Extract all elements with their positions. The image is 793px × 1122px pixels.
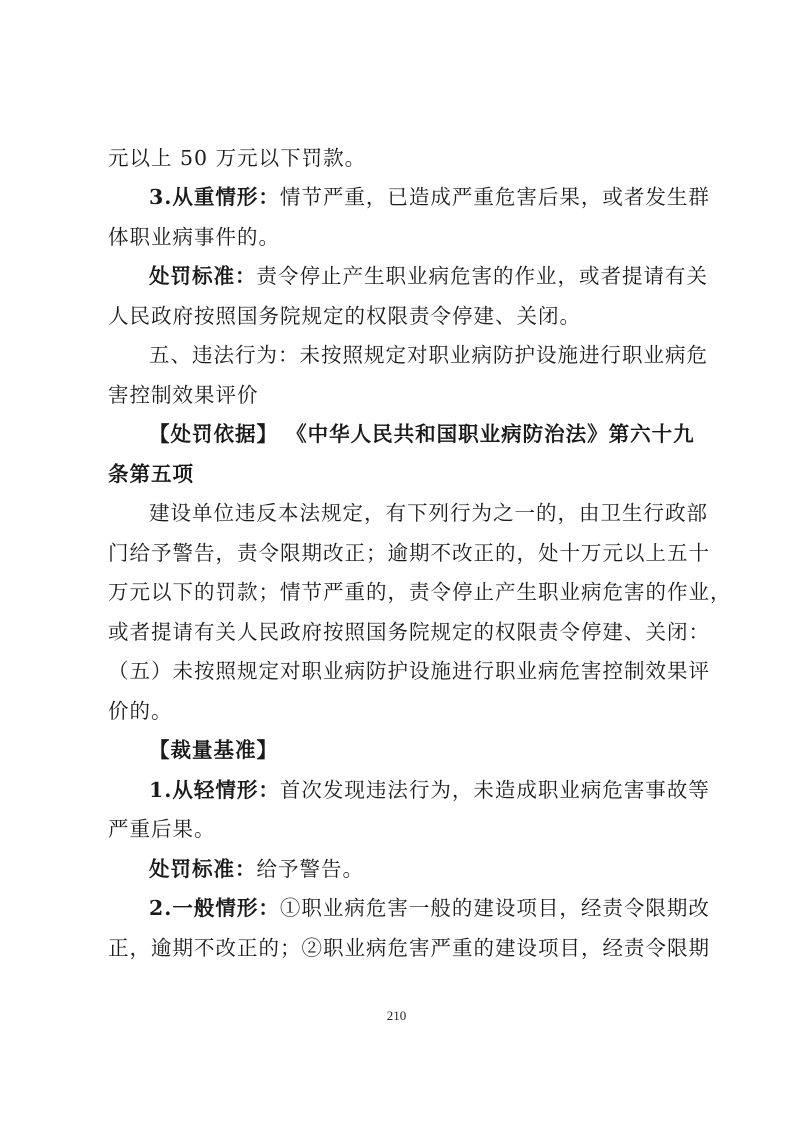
text-line: 2.一般情形：①职业病危害一般的建设项目，经责令限期改 [149,896,710,920]
page-number: 210 [0,1008,793,1024]
line-heading: 2.一般情形： [149,896,280,920]
text-line: 3.从重情形：情节严重，已造成严重危害后果，或者发生群 [149,185,710,209]
line-text: 首次发现违法行为，未造成职业病危害事故等 [280,778,710,802]
text-line: 正，逾期不改正的；②职业病危害严重的建设项目，经责令限期 [108,936,710,960]
line-heading: 【处罚依据】 《中华人民共和国职业病防治法》第六十九 [149,422,695,446]
line-text: 或者提请有关人民政府按照国务院规定的权限责令停建、关闭： [108,620,710,644]
line-text: 建设单位违反本法规定，有下列行为之一的，由卫生行政部 [149,501,708,525]
line-text: 价的。 [108,699,173,723]
text-line: 严重后果。 [108,817,216,841]
section-title-cont: 害控制效果评价 [108,383,259,407]
text-line: 门给予警告，责令限期改正；逾期不改正的，处十万元以上五十 [108,541,710,565]
section-title: 五、违法行为：未按照规定对职业病防护设施进行职业病危 [149,343,708,367]
line-text: 责令停止产生职业病危害的作业，或者提请有关 [257,264,709,288]
line-heading: 条第五项 [108,462,194,486]
line-text: 害控制效果评价 [108,383,259,407]
text-line: 处罚标准：责令停止产生职业病危害的作业，或者提请有关 [149,264,708,288]
line-text: ①职业病危害一般的建设项目，经责令限期改 [280,896,710,920]
line-text: 给予警告。 [257,857,365,881]
line-heading: 3.从重情形： [149,185,280,209]
text-line: （五）未按照规定对职业病防护设施进行职业病危害控制效果评 [108,659,710,683]
line-text: 情节严重，已造成严重危害后果，或者发生群 [280,185,710,209]
line-heading: 1.从轻情形： [149,778,280,802]
line-heading: 【裁量基准】 [149,738,278,762]
line-text: 人民政府按照国务院规定的权限责令停建、关闭。 [108,304,581,328]
discretion-heading: 【裁量基准】 [149,738,278,762]
penalty-basis-heading-cont: 条第五项 [108,462,194,486]
text-line: 体职业病事件的。 [108,225,280,249]
text-line: 1.从轻情形：首次发现违法行为，未造成职业病危害事故等 [149,778,710,802]
line-text: 万元以下的罚款；情节严重的，责令停止产生职业病危害的作业， [108,580,732,604]
line-heading: 处罚标准： [149,264,257,288]
text-line: 人民政府按照国务院规定的权限责令停建、关闭。 [108,304,581,328]
line-text: 五、违法行为：未按照规定对职业病防护设施进行职业病危 [149,343,708,367]
line-heading: 处罚标准： [149,857,257,881]
text-line: 万元以下的罚款；情节严重的，责令停止产生职业病危害的作业， [108,580,732,604]
line-text: （五）未按照规定对职业病防护设施进行职业病危害控制效果评 [108,659,710,683]
text-line: 建设单位违反本法规定，有下列行为之一的，由卫生行政部 [149,501,708,525]
penalty-basis-heading: 【处罚依据】 《中华人民共和国职业病防治法》第六十九 [149,422,695,446]
text-line: 处罚标准：给予警告。 [149,857,364,881]
text-line: 价的。 [108,699,173,723]
line-text: 门给予警告，责令限期改正；逾期不改正的，处十万元以上五十 [108,541,710,565]
line-text: 正，逾期不改正的；②职业病危害严重的建设项目，经责令限期 [108,936,710,960]
line-text: 体职业病事件的。 [108,225,280,249]
line-text: 元以上 50 万元以下罚款。 [108,146,366,170]
text-line: 元以上 50 万元以下罚款。 [108,146,366,170]
text-line: 或者提请有关人民政府按照国务院规定的权限责令停建、关闭： [108,620,710,644]
line-text: 严重后果。 [108,817,216,841]
